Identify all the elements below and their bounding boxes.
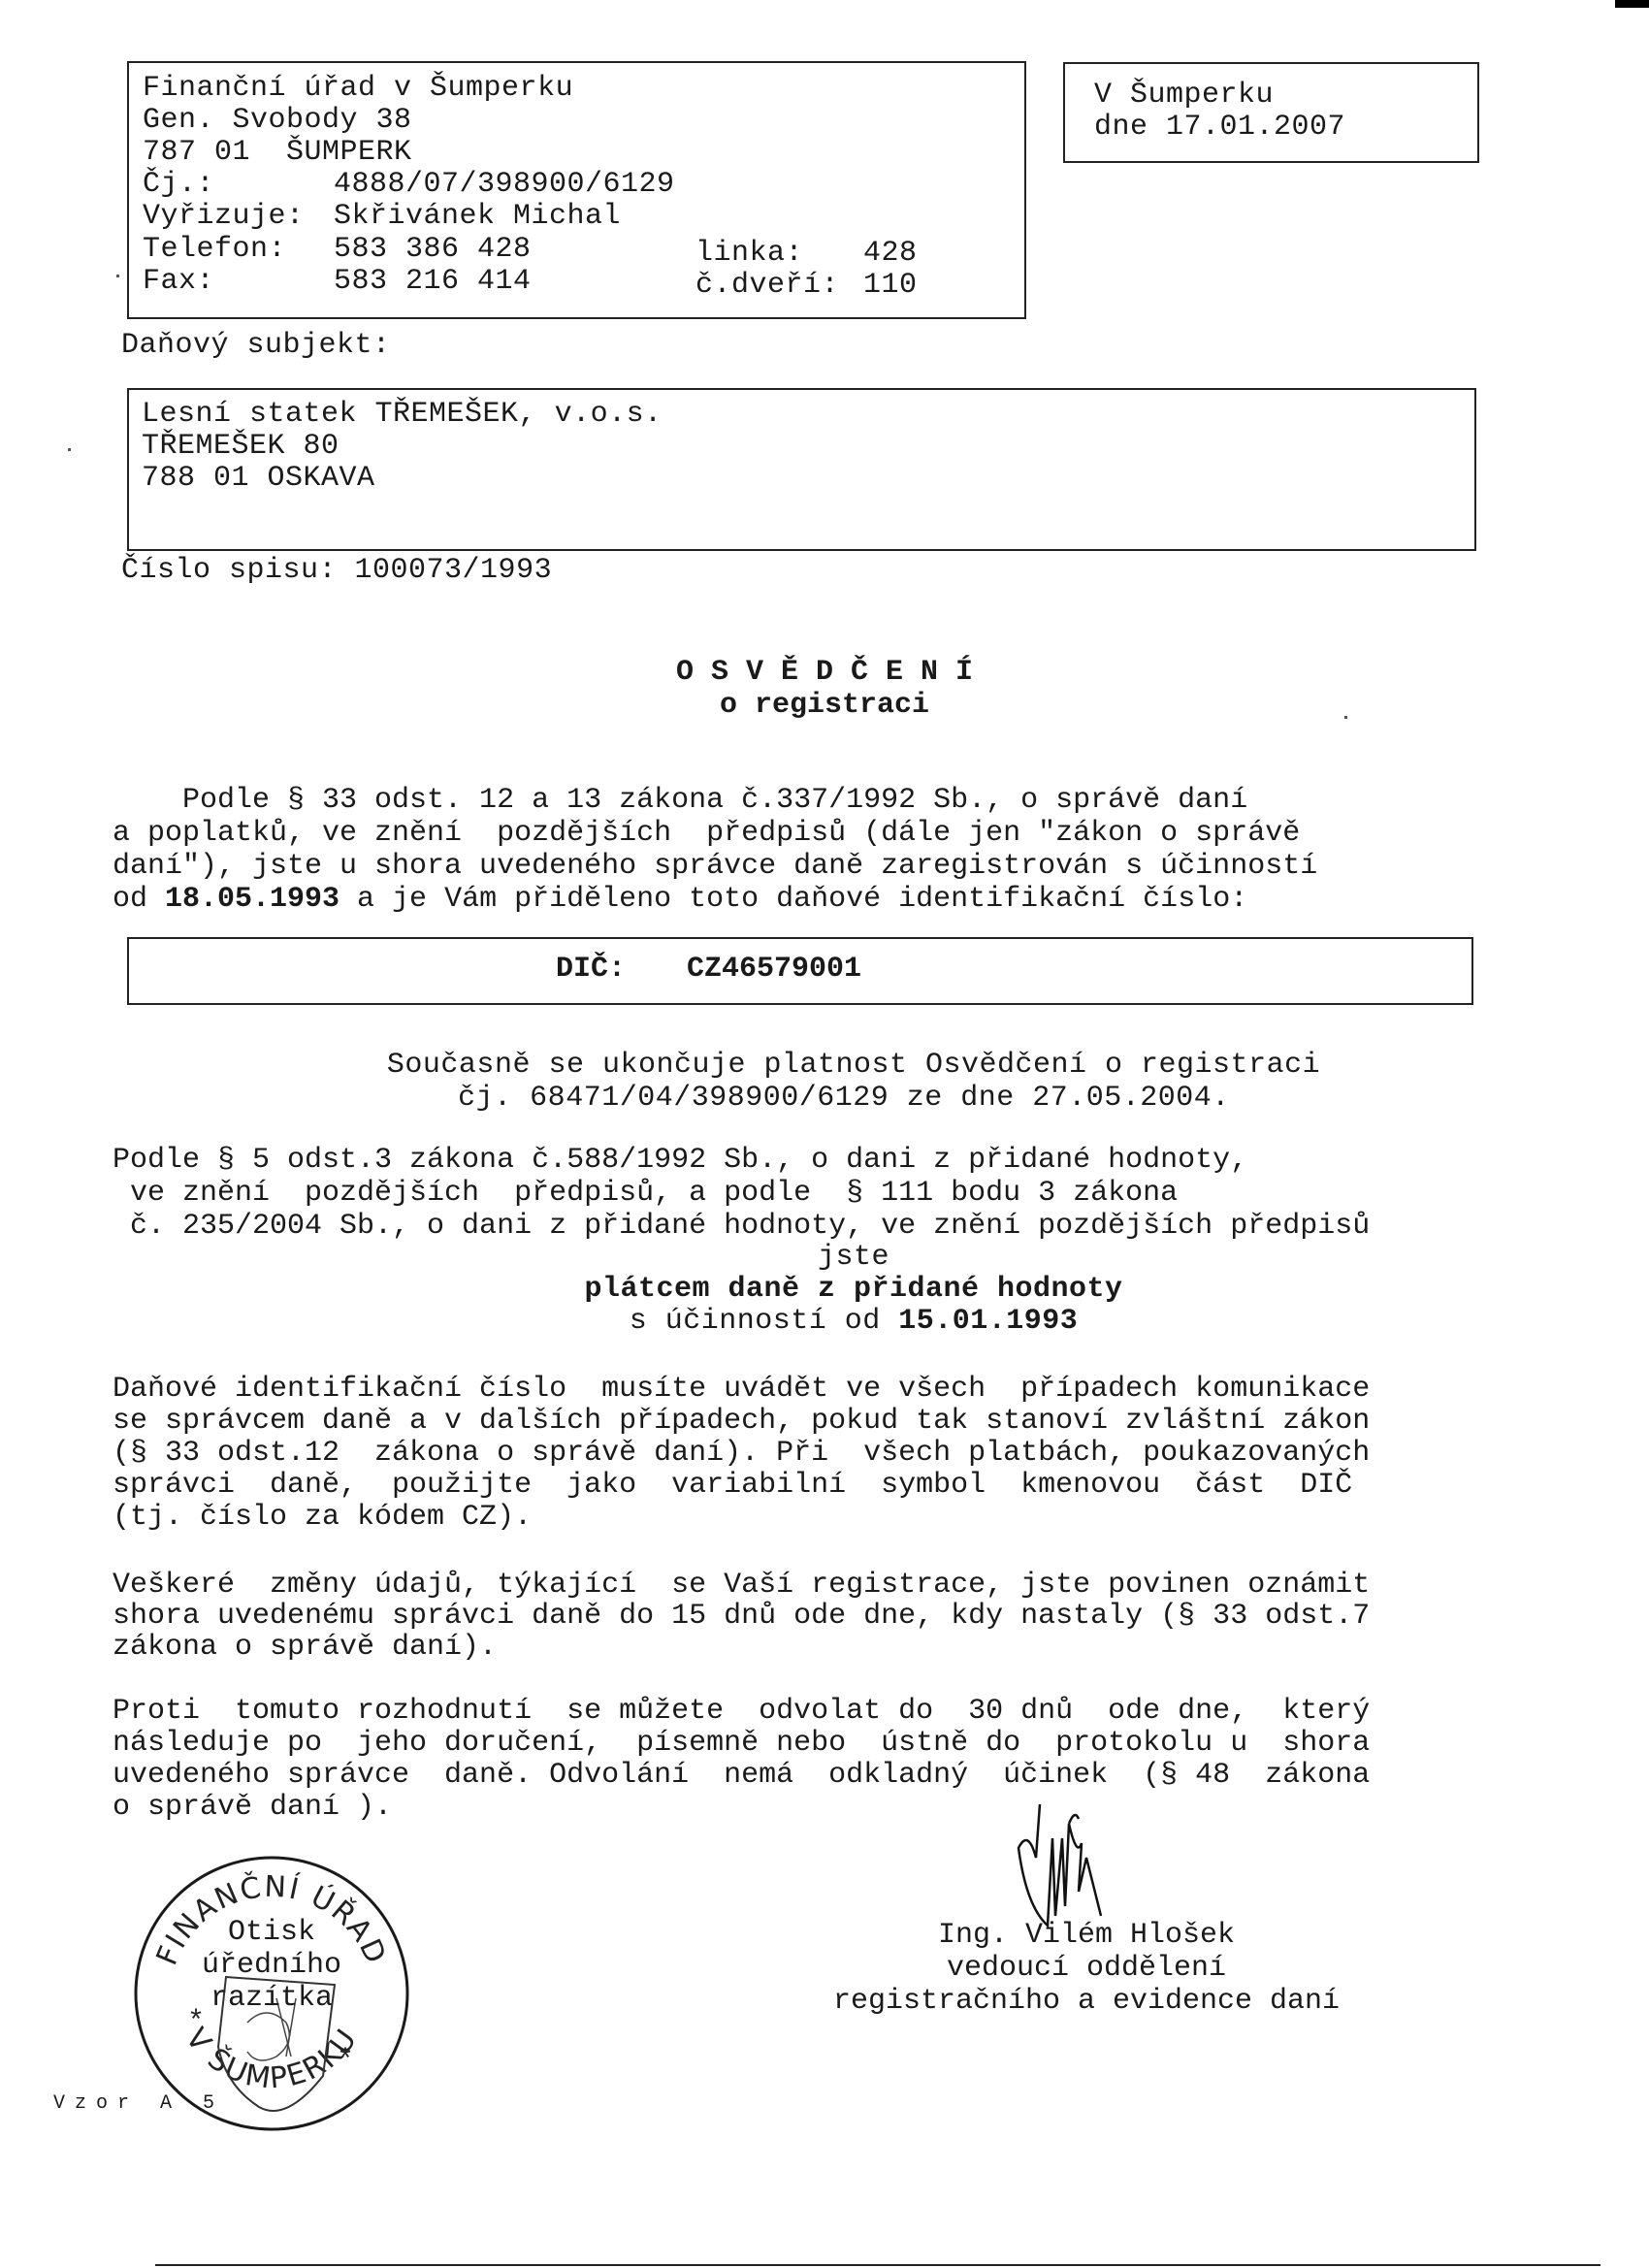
handler-label: Vyřizuje: xyxy=(143,201,305,233)
appeal-line-2: následuje po jeho doručení, písemně nebo… xyxy=(113,1728,1478,1760)
file-number: Číslo spisu: 100073/1993 xyxy=(121,555,552,587)
form-code: Vzor A 5 xyxy=(53,2092,224,2115)
changes-line-2: shora uvedenému správci daně do 15 dnů o… xyxy=(113,1601,1478,1633)
ext-label: linka: xyxy=(695,238,803,270)
vat-line-2: ve znění pozdějších předpisů, a podle § … xyxy=(113,1178,1478,1210)
vat-status: plátcem daně z přidané hodnoty xyxy=(0,1274,1649,1306)
dic-value: CZ46579001 xyxy=(687,953,861,986)
scan-speck xyxy=(68,448,71,451)
stamp-star-right: * xyxy=(337,2045,354,2078)
ref-value: 4888/07/398900/6129 xyxy=(334,169,675,201)
handler-value: Skřivánek Michal xyxy=(334,201,621,233)
ref-label: Čj.: xyxy=(143,169,214,201)
para1-line-1: Podle § 33 odst. 12 a 13 zákona č.337/19… xyxy=(113,785,1478,817)
door-label: č.dveří: xyxy=(695,270,839,302)
document-subtitle: o registraci xyxy=(0,689,1649,722)
date-place: V Šumperku xyxy=(1094,80,1274,112)
ext-value: 428 xyxy=(863,238,918,270)
appeal-line-4: o správě daní ). xyxy=(113,1792,1478,1824)
office-name: Finanční úřad v Šumperku xyxy=(143,73,573,105)
termination-line-1: Současně se ukončuje platnost Osvědčení … xyxy=(0,1050,1649,1082)
changes-line-3: zákona o správě daní). xyxy=(113,1632,1478,1664)
usage-line-4: správci daně, použijte jako variabilní s… xyxy=(113,1470,1478,1502)
door-value: 110 xyxy=(863,270,918,302)
date-value: dne 17.01.2007 xyxy=(1094,112,1345,144)
office-city: 787 01 ŠUMPERK xyxy=(143,137,412,169)
usage-line-2: se správcem daně a v dalších případech, … xyxy=(113,1406,1478,1438)
para1-suffix: a je Vám přiděleno toto daňové identifik… xyxy=(339,883,1247,916)
stamp-placeholder-1: Otisk xyxy=(189,1916,354,1949)
vat-effective-date: 15.01.1993 xyxy=(898,1305,1078,1338)
dic-label: DIČ: xyxy=(556,953,626,986)
scan-speck xyxy=(116,275,119,277)
fax-value: 583 216 414 xyxy=(334,266,532,298)
vat-jste: jste xyxy=(0,1242,1649,1274)
subject-city: 788 01 OSKAVA xyxy=(142,463,375,495)
stamp-placeholder-2: úředního xyxy=(189,1949,354,1982)
registration-date: 18.05.1993 xyxy=(165,883,339,916)
appeal-line-3: uvedeného správce daně. Odvolání nemá od… xyxy=(113,1760,1478,1792)
changes-line-1: Veškeré změny údajů, týkající se Vaší re… xyxy=(113,1570,1478,1602)
subject-name: Lesní statek TŘEMEŠEK, v.o.s. xyxy=(142,399,663,431)
scan-edge-mark xyxy=(1615,0,1649,8)
subject-street: TŘEMEŠEK 80 xyxy=(142,431,339,463)
termination-line-2: čj. 68471/04/398900/6129 ze dne 27.05.20… xyxy=(0,1083,1649,1115)
para1-line-3: daní"), jste u shora uvedeného správce d… xyxy=(113,851,1478,883)
vat-line-3: č. 235/2004 Sb., o dani z přidané hodnot… xyxy=(113,1211,1478,1243)
date-box: V Šumperku dne 17.01.2007 xyxy=(1063,62,1479,163)
document-title: OSVĚDČENÍ xyxy=(0,656,1649,689)
para1-line-2: a poplatků, ve znění pozdějších předpisů… xyxy=(113,818,1478,850)
vat-effective-prefix: s účinností od xyxy=(630,1305,899,1338)
para1-line-4: od 18.05.1993 a je Vám přiděleno toto da… xyxy=(113,884,1478,916)
fax-label: Fax: xyxy=(143,266,214,298)
phone-value: 583 386 428 xyxy=(334,234,532,266)
signatory-role-1: vedoucí oddělení xyxy=(747,1952,1426,1985)
page-bottom-rule xyxy=(155,2264,1600,2266)
office-info-box: Finanční úřad v Šumperku Gen. Svobody 38… xyxy=(127,61,1026,319)
phone-label: Telefon: xyxy=(143,234,286,266)
office-street: Gen. Svobody 38 xyxy=(143,105,412,137)
stamp-placeholder-3: razítka xyxy=(189,1982,354,2015)
usage-line-3: (§ 33 odst.12 zákona o správě daní). Při… xyxy=(113,1438,1478,1470)
usage-line-1: Daňové identifikační číslo musíte uvádět… xyxy=(113,1374,1478,1406)
subject-label: Daňový subjekt: xyxy=(121,330,391,362)
subject-box: Lesní statek TŘEMEŠEK, v.o.s. TŘEMEŠEK 8… xyxy=(127,388,1476,551)
vat-line-1: Podle § 5 odst.3 zákona č.588/1992 Sb., … xyxy=(113,1145,1478,1177)
vat-effective: s účinností od 15.01.1993 xyxy=(0,1306,1649,1338)
usage-line-5: (tj. číslo za kódem CZ). xyxy=(113,1502,1478,1534)
scan-speck xyxy=(1344,716,1347,719)
signatory-role-2: registračního a evidence daní xyxy=(747,1985,1426,2018)
para1-prefix: od xyxy=(113,883,165,916)
appeal-line-1: Proti tomuto rozhodnutí se můžete odvola… xyxy=(113,1696,1478,1728)
dic-box: DIČ: CZ46579001 xyxy=(127,937,1473,1005)
signatory-name: Ing. Vilém Hlošek xyxy=(747,1919,1426,1952)
